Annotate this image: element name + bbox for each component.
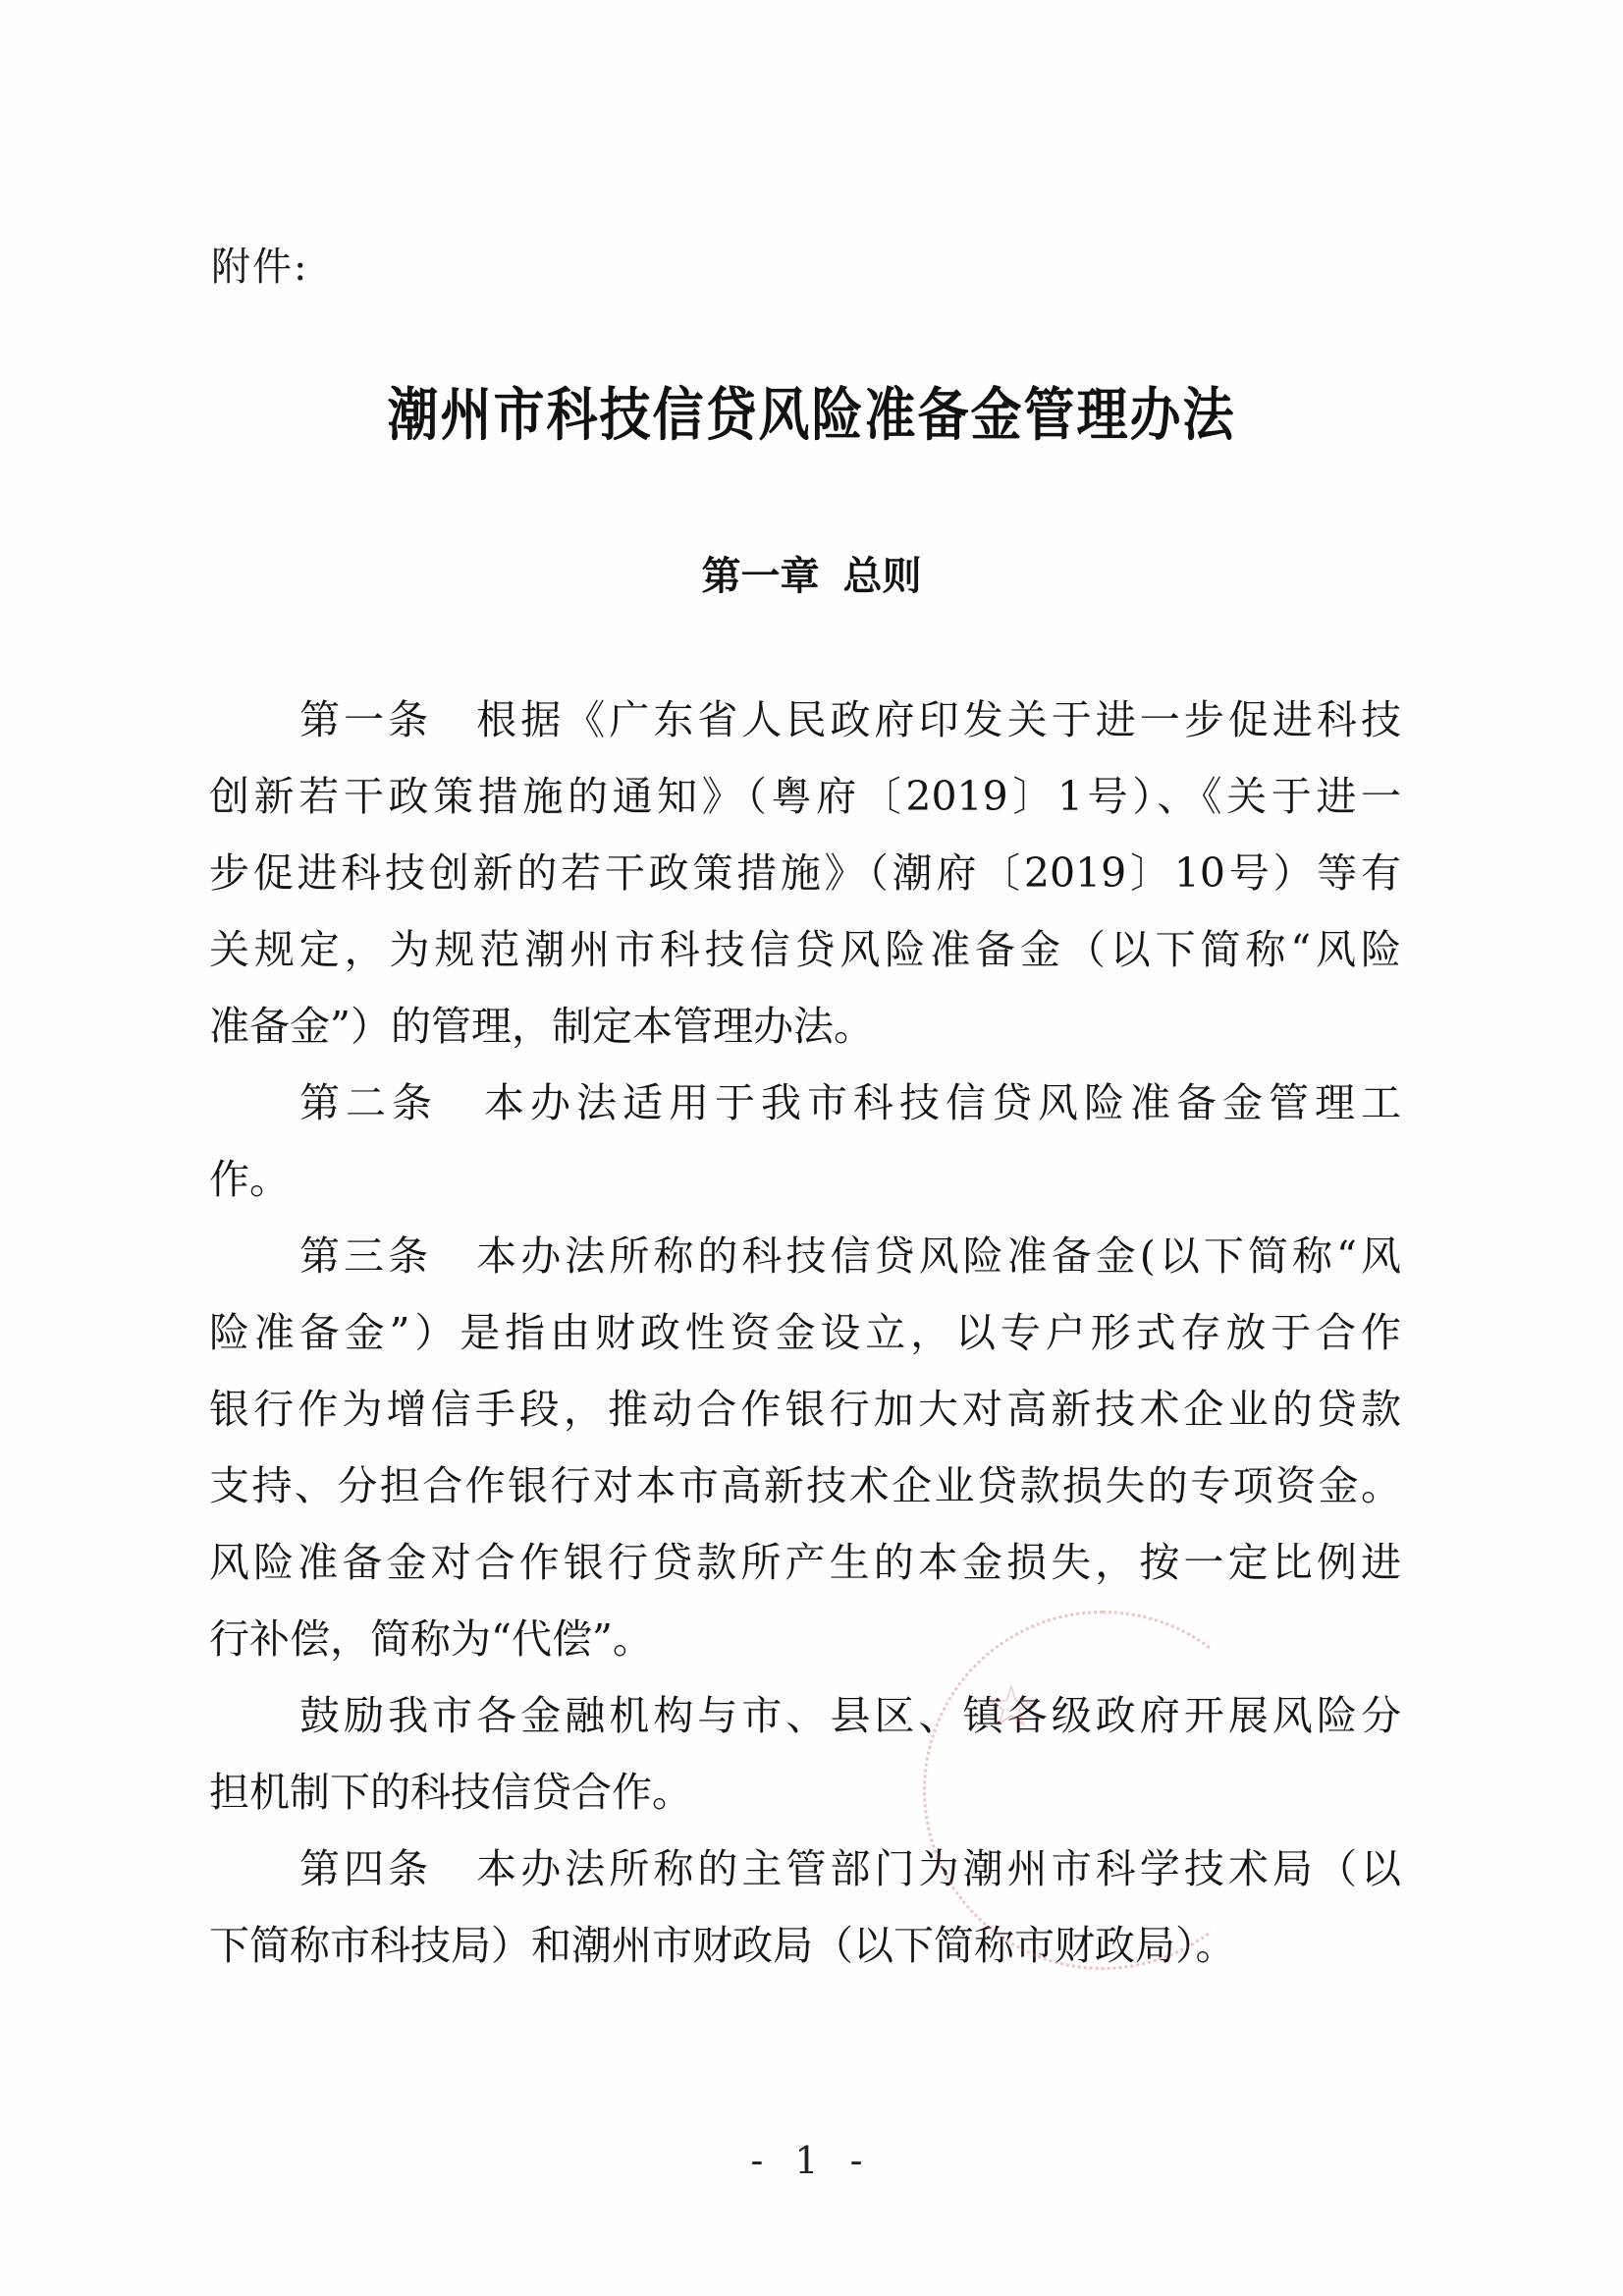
body-text-line: 银行作为增信手段，推动合作银行加大对高新技术企业的贷款 bbox=[209, 1381, 1401, 1457]
document-title-text: 潮州市科技信贷风险准备金管理办法 bbox=[387, 369, 1235, 452]
chapter-number: 第一章 bbox=[702, 554, 820, 599]
body-text-line: 步促进科技创新的若干政策措施》（潮府〔2019〕10号）等有 bbox=[209, 845, 1401, 921]
body-text-line: 准备金”）的管理，制定本管理办法。 bbox=[209, 998, 1401, 1074]
attachment-label: 附件: bbox=[211, 236, 308, 292]
body-text-line: 第三条 本办法所称的科技信贷风险准备金(以下简称“风 bbox=[209, 1228, 1401, 1304]
body-text-line: 鼓励我市各金融机构与市、县区、镇各级政府开展风险分 bbox=[209, 1687, 1401, 1764]
chapter-name: 总则 bbox=[843, 554, 922, 599]
document-title: 潮州市科技信贷风险准备金管理办法 bbox=[0, 373, 1623, 447]
page-number: - 1 - bbox=[0, 2139, 1623, 2182]
body-text-line: 风险准备金对合作银行贷款所产生的本金损失，按一定比例进 bbox=[209, 1534, 1401, 1611]
body-text-line: 第二条 本办法适用于我市科技信贷风险准备金管理工 bbox=[209, 1074, 1401, 1151]
document-page: 附件: 潮州市科技信贷风险准备金管理办法 第一章总则 第一条 根据《广东省人民政… bbox=[0, 0, 1623, 2296]
document-body: 第一条 根据《广东省人民政府印发关于进一步促进科技创新若干政策措施的通知》（粤府… bbox=[209, 691, 1401, 1994]
body-text-line: 关规定，为规范潮州市科技信贷风险准备金（以下简称“风险 bbox=[209, 921, 1401, 998]
body-text-line: 支持、分担合作银行对本市高新技术企业贷款损失的专项资金。 bbox=[209, 1457, 1401, 1534]
body-text-line: 第一条 根据《广东省人民政府印发关于进一步促进科技 bbox=[209, 691, 1401, 768]
body-text-line: 行补偿，简称为“代偿”。 bbox=[209, 1611, 1401, 1687]
body-text-line: 下简称市科技局）和潮州市财政局（以下简称市财政局）。 bbox=[209, 1917, 1401, 1994]
body-text-line: 作。 bbox=[209, 1151, 1401, 1228]
body-text-line: 险准备金”）是指由财政性资金设立，以专户形式存放于合作 bbox=[209, 1304, 1401, 1381]
body-text-line: 担机制下的科技信贷合作。 bbox=[209, 1764, 1401, 1840]
body-text-line: 第四条 本办法所称的主管部门为潮州市科学技术局（以 bbox=[209, 1840, 1401, 1917]
chapter-heading: 第一章总则 bbox=[0, 545, 1623, 601]
body-text-line: 创新若干政策措施的通知》（粤府〔2019〕1号）、《关于进一 bbox=[209, 768, 1401, 845]
